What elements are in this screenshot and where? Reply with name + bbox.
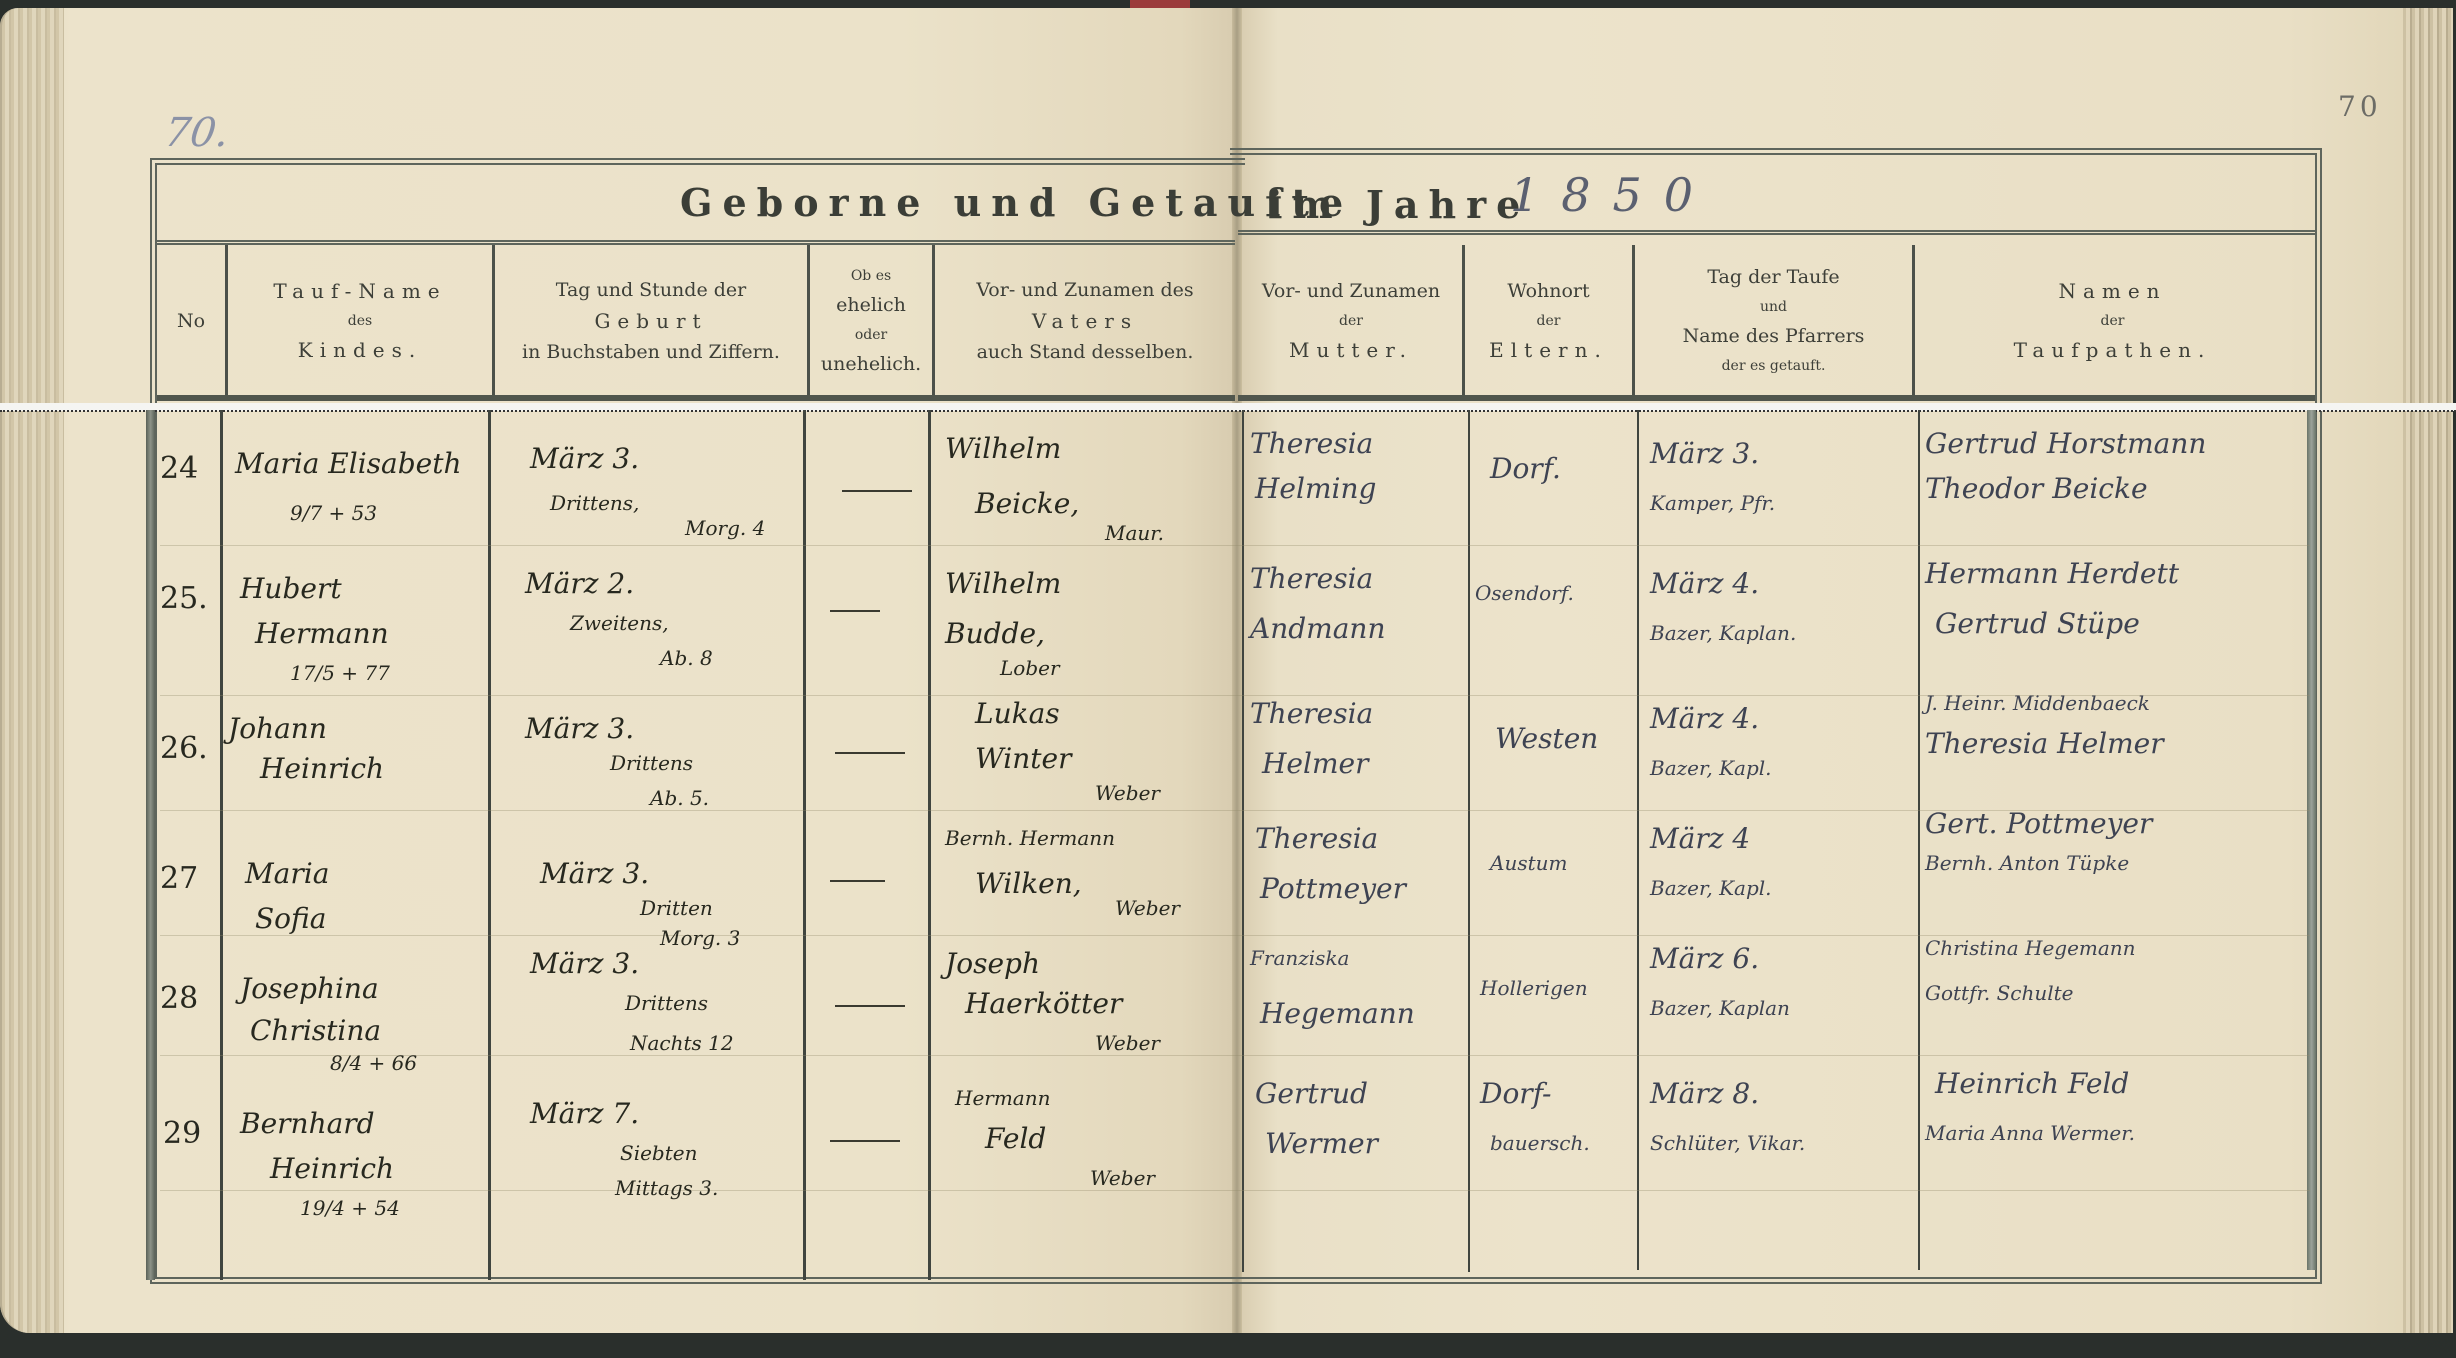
father-occupation: Weber bbox=[1115, 895, 1180, 921]
col-line bbox=[1637, 410, 1639, 1270]
birth-date: März 3. bbox=[530, 440, 639, 478]
mother-surname: Helmer bbox=[1262, 745, 1368, 783]
father-first-name: Wilhelm bbox=[945, 565, 1061, 603]
child-name: Maria Elisabeth bbox=[235, 445, 462, 483]
child-first-name: Josephina bbox=[240, 970, 379, 1008]
legitimacy-dash bbox=[830, 610, 880, 612]
residence: Austum bbox=[1490, 850, 1567, 876]
birth-hour: Morg. 4 bbox=[685, 515, 765, 541]
entry-number: 26. bbox=[160, 730, 208, 768]
mother-surname: Helming bbox=[1255, 470, 1376, 508]
residence-line-2: bauersch. bbox=[1490, 1130, 1590, 1156]
header-legitimacy: Ob es ehelich oder unehelich. bbox=[810, 245, 935, 397]
residence: Westen bbox=[1495, 720, 1598, 758]
child-note: 19/4 + 54 bbox=[300, 1195, 400, 1221]
godparent-2: Gertrud Stüpe bbox=[1935, 605, 2140, 643]
child-second-name: Christina bbox=[250, 1012, 381, 1050]
child-first-name: Maria bbox=[245, 855, 329, 893]
baptism-date: März 8. bbox=[1650, 1075, 1759, 1113]
header-godparents: Namen der Taufpathen. bbox=[1915, 245, 2310, 397]
child-second-name: Hermann bbox=[255, 615, 389, 653]
birth-day-words: Drittens bbox=[625, 990, 708, 1016]
header-bottom-rule-left bbox=[157, 395, 1235, 401]
residence: Hollerigen bbox=[1480, 975, 1588, 1001]
faint-row-rule bbox=[160, 1055, 2310, 1056]
officiating-priest: Bazer, Kapl. bbox=[1650, 755, 1772, 781]
officiating-priest: Schlüter, Vikar. bbox=[1650, 1130, 1805, 1156]
child-second-name: Heinrich bbox=[270, 1150, 394, 1188]
right-page-edges bbox=[2403, 8, 2453, 1333]
faint-row-rule bbox=[160, 545, 2310, 546]
mother-first-name: Franziska bbox=[1250, 945, 1349, 971]
col-line bbox=[488, 410, 491, 1280]
godparent-1: J. Heinr. Middenbaeck bbox=[1925, 690, 2150, 716]
godparent-2: Gottfr. Schulte bbox=[1925, 980, 2074, 1006]
mother-first-name: Theresia bbox=[1250, 695, 1373, 733]
officiating-priest: Bazer, Kapl. bbox=[1650, 875, 1772, 901]
mother-surname: Wermer bbox=[1265, 1125, 1378, 1163]
child-second-name: Heinrich bbox=[260, 750, 384, 788]
baptism-date: März 6. bbox=[1650, 940, 1759, 978]
godparent-1: Gert. Pottmeyer bbox=[1925, 805, 2152, 843]
header-nr: No bbox=[157, 245, 228, 397]
baptism-date: März 4. bbox=[1650, 700, 1759, 738]
birth-hour: Morg. 3 bbox=[660, 925, 740, 951]
father-surname: Haerkötter bbox=[965, 985, 1122, 1023]
legitimacy-dash bbox=[835, 1005, 905, 1007]
father-first-name: Bernh. Hermann bbox=[945, 825, 1115, 851]
entry-number: 25. bbox=[160, 580, 208, 618]
father-first-name: Joseph bbox=[945, 945, 1040, 983]
residence: Dorf. bbox=[1490, 450, 1561, 488]
legitimacy-dash bbox=[830, 1140, 900, 1142]
godparent-2: Maria Anna Wermer. bbox=[1925, 1120, 2135, 1146]
child-note: 17/5 + 77 bbox=[290, 660, 390, 686]
table-left-border bbox=[146, 410, 155, 1280]
godparent-1: Hermann Herdett bbox=[1925, 555, 2179, 593]
birth-date: März 2. bbox=[525, 565, 634, 603]
birth-hour: Nachts 12 bbox=[630, 1030, 734, 1056]
godparent-1: Christina Hegemann bbox=[1925, 935, 2136, 961]
col-line bbox=[1242, 410, 1244, 1272]
register-title-year-label: im Jahre bbox=[1268, 182, 1530, 227]
baptism-date: März 4 bbox=[1650, 820, 1750, 858]
mother-first-name: Theresia bbox=[1250, 425, 1373, 463]
child-first-name: Hubert bbox=[240, 570, 342, 608]
father-first-name: Hermann bbox=[955, 1085, 1051, 1111]
birth-day-words: Zweitens, bbox=[570, 610, 669, 636]
col-line bbox=[1468, 410, 1470, 1272]
birth-date: März 7. bbox=[530, 1095, 639, 1133]
mother-first-name: Theresia bbox=[1255, 820, 1378, 858]
col-line bbox=[1918, 410, 1920, 1270]
father-occupation: Weber bbox=[1095, 1030, 1160, 1056]
faint-row-rule bbox=[160, 1190, 2310, 1191]
printed-page-number: 70 bbox=[2338, 90, 2382, 123]
child-second-name: Sofia bbox=[255, 900, 326, 938]
handwritten-page-number: 70. bbox=[162, 110, 232, 156]
mother-surname: Hegemann bbox=[1260, 995, 1415, 1033]
register-year: 1850 bbox=[1510, 168, 1715, 222]
father-occupation: Weber bbox=[1090, 1165, 1155, 1191]
father-occupation: Lober bbox=[1000, 655, 1060, 681]
father-surname: Budde, bbox=[945, 615, 1045, 653]
birth-date: März 3. bbox=[530, 945, 639, 983]
godparent-2: Bernh. Anton Tüpke bbox=[1925, 850, 2129, 876]
father-first-name: Wilhelm bbox=[945, 430, 1061, 468]
left-page-edges bbox=[0, 8, 64, 1333]
entry-number: 24 bbox=[160, 450, 198, 488]
col-line bbox=[928, 410, 931, 1280]
officiating-priest: Kamper, Pfr. bbox=[1650, 490, 1775, 516]
residence: Osendorf. bbox=[1475, 580, 1574, 606]
father-surname: Beicke, bbox=[975, 485, 1079, 523]
col-line bbox=[220, 410, 223, 1280]
baptism-date: März 4. bbox=[1650, 565, 1759, 603]
father-occupation: Weber bbox=[1095, 780, 1160, 806]
register-title: Geborne und Getaufte bbox=[680, 180, 1353, 225]
legitimacy-dash bbox=[830, 880, 885, 882]
header-child-name: Tauf-Name des Kindes. bbox=[228, 245, 495, 397]
child-note: 9/7 + 53 bbox=[290, 500, 377, 526]
scan-seam-dotted-line bbox=[0, 410, 2456, 412]
header-bottom-rule-right bbox=[1238, 395, 2315, 401]
legitimacy-dash bbox=[835, 752, 905, 754]
header-baptism: Tag der Taufe und Name des Pfarrers der … bbox=[1635, 245, 1915, 397]
officiating-priest: Bazer, Kaplan bbox=[1650, 995, 1790, 1021]
father-surname: Feld bbox=[985, 1120, 1046, 1158]
godparent-1: Gertrud Horstmann bbox=[1925, 425, 2206, 463]
godparent-2: Theodor Beicke bbox=[1925, 470, 2148, 508]
header-mother: Vor- und Zunamen der Mutter. bbox=[1240, 245, 1465, 397]
child-first-name: Bernhard bbox=[240, 1105, 375, 1143]
godparent-1: Heinrich Feld bbox=[1935, 1065, 2129, 1103]
table-right-border bbox=[2307, 410, 2316, 1270]
mother-surname: Pottmeyer bbox=[1260, 870, 1406, 908]
birth-day-words: Drittens bbox=[610, 750, 693, 776]
col-line bbox=[803, 410, 806, 1280]
header-residence: Wohnort der Eltern. bbox=[1465, 245, 1635, 397]
baptism-date: März 3. bbox=[1650, 435, 1759, 473]
residence-line-1: Dorf- bbox=[1480, 1075, 1552, 1113]
header-father: Vor- und Zunamen des Vaters auch Stand d… bbox=[935, 245, 1235, 397]
entry-number: 27 bbox=[160, 860, 198, 898]
mother-first-name: Theresia bbox=[1250, 560, 1373, 598]
father-first-name: Lukas bbox=[975, 695, 1060, 733]
birth-hour: Mittags 3. bbox=[615, 1175, 718, 1201]
father-surname: Wilken, bbox=[975, 865, 1082, 903]
open-register-book: 70. 70 Geborne und Getaufte im Jahre 185… bbox=[0, 0, 2456, 1340]
birth-day-words: Siebten bbox=[620, 1140, 698, 1166]
mother-first-name: Gertrud bbox=[1255, 1075, 1368, 1113]
entry-number: 29 bbox=[163, 1115, 201, 1153]
child-note: 8/4 + 66 bbox=[330, 1050, 417, 1076]
godparent-2: Theresia Helmer bbox=[1925, 725, 2164, 763]
mother-surname: Andmann bbox=[1250, 610, 1386, 648]
father-occupation: Maur. bbox=[1105, 520, 1164, 546]
birth-hour: Ab. 5. bbox=[650, 785, 709, 811]
birth-day-words: Dritten bbox=[640, 895, 713, 921]
birth-date: März 3. bbox=[525, 710, 634, 748]
father-surname: Winter bbox=[975, 740, 1071, 778]
legitimacy-dash bbox=[842, 490, 912, 492]
birth-hour: Ab. 8 bbox=[660, 645, 713, 671]
header-birth-date: Tag und Stunde der Geburt in Buchstaben … bbox=[495, 245, 810, 397]
entry-number: 28 bbox=[160, 980, 198, 1018]
officiating-priest: Bazer, Kaplan. bbox=[1650, 620, 1796, 646]
child-first-name: Johann bbox=[228, 710, 327, 748]
birth-date: März 3. bbox=[540, 855, 649, 893]
birth-day-words: Drittens, bbox=[550, 490, 639, 516]
